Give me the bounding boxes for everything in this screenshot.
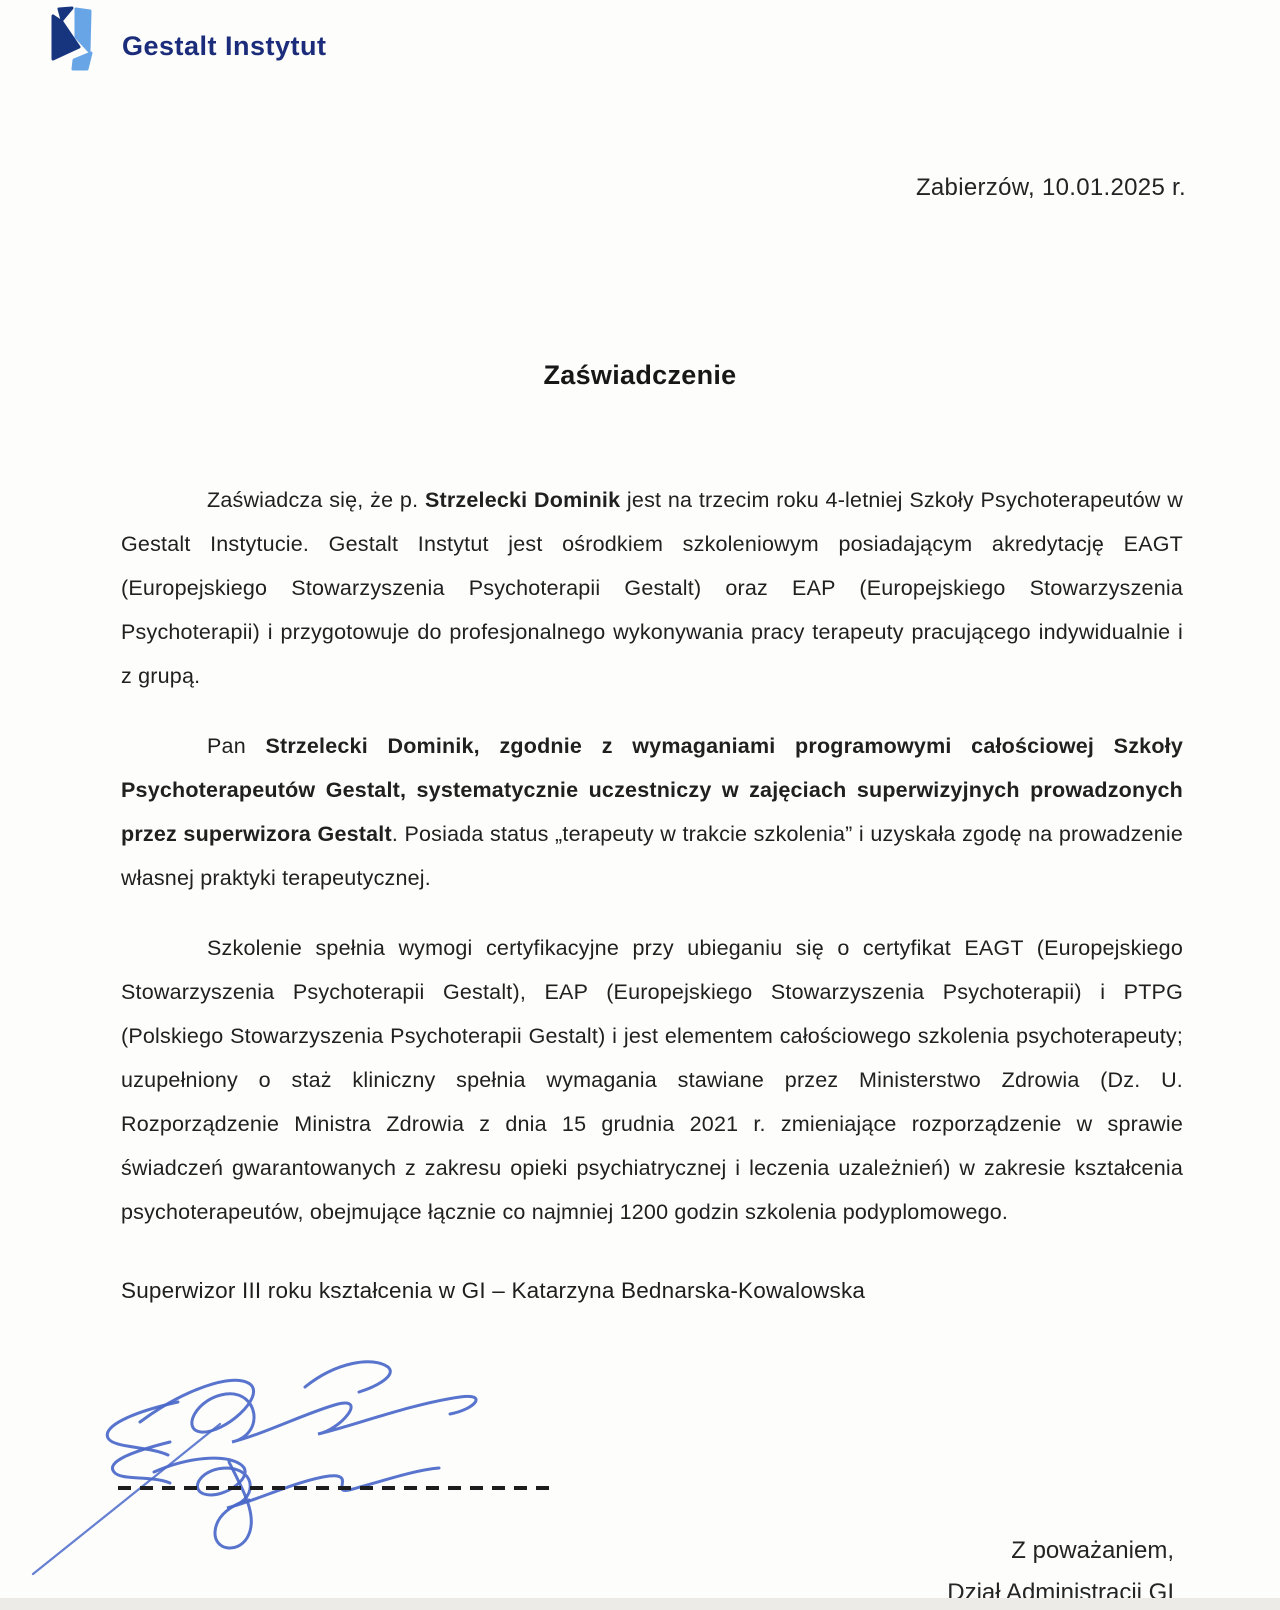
paragraph-text: jest na trzecim roku 4-letniej Szkoły Ps… [121, 488, 1183, 688]
body-paragraphs: Zaświadcza się, że p. Strzelecki Dominik… [121, 478, 1183, 1260]
supervisor-line: Superwizor III roku kształcenia w GI – K… [121, 1278, 865, 1304]
paragraph-text: Pan [207, 734, 265, 758]
paragraph: Pan Strzelecki Dominik, zgodnie z wymaga… [121, 724, 1183, 900]
gestalt-logo-icon [44, 6, 106, 72]
signature-ink-icon [18, 1342, 608, 1602]
paragraph: Szkolenie spełnia wymogi certyfikacyjne … [121, 926, 1183, 1234]
handwritten-signature [18, 1342, 608, 1602]
scan-bottom-edge [0, 1598, 1280, 1610]
brand-name: Gestalt Instytut [122, 31, 327, 62]
document-title: Zaświadczenie [0, 360, 1280, 391]
dateline: Zabierzów, 10.01.2025 r. [916, 174, 1186, 202]
paragraph: Zaświadcza się, że p. Strzelecki Dominik… [121, 478, 1183, 698]
signature-dashed-line [118, 1486, 558, 1490]
paragraph-text: Zaświadcza się, że p. [207, 488, 425, 512]
paragraph-bold-text: Strzelecki Dominik [425, 488, 620, 512]
brand-header: Gestalt Instytut [44, 6, 327, 72]
closing-salutation: Z poważaniem, [947, 1530, 1174, 1572]
paragraph-text: Szkolenie spełnia wymogi certyfikacyjne … [121, 936, 1183, 1224]
document-page: { "colors": { "brand_dark": "#17357e", "… [0, 0, 1280, 1610]
